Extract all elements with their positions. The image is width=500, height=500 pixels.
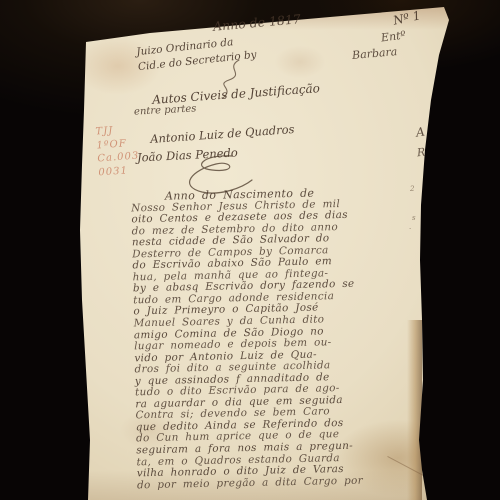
margin-mark: · — [409, 225, 411, 233]
manuscript-body: Anno do Nascimento de Nosso Senhor Jesus… — [131, 187, 363, 492]
plaintiff-role-mark: A — [415, 124, 426, 139]
margin-mark: s — [412, 214, 416, 222]
margin-mark: 2 — [410, 185, 414, 193]
manuscript-scan: TJJ 1ºOF Ca.003 0031 Anno de 1817 Nº 1 E… — [0, 0, 500, 500]
archival-reference-mark: TJJ 1ºOF Ca.003 0031 — [95, 123, 141, 180]
defendant-role-mark: R — [416, 146, 426, 160]
